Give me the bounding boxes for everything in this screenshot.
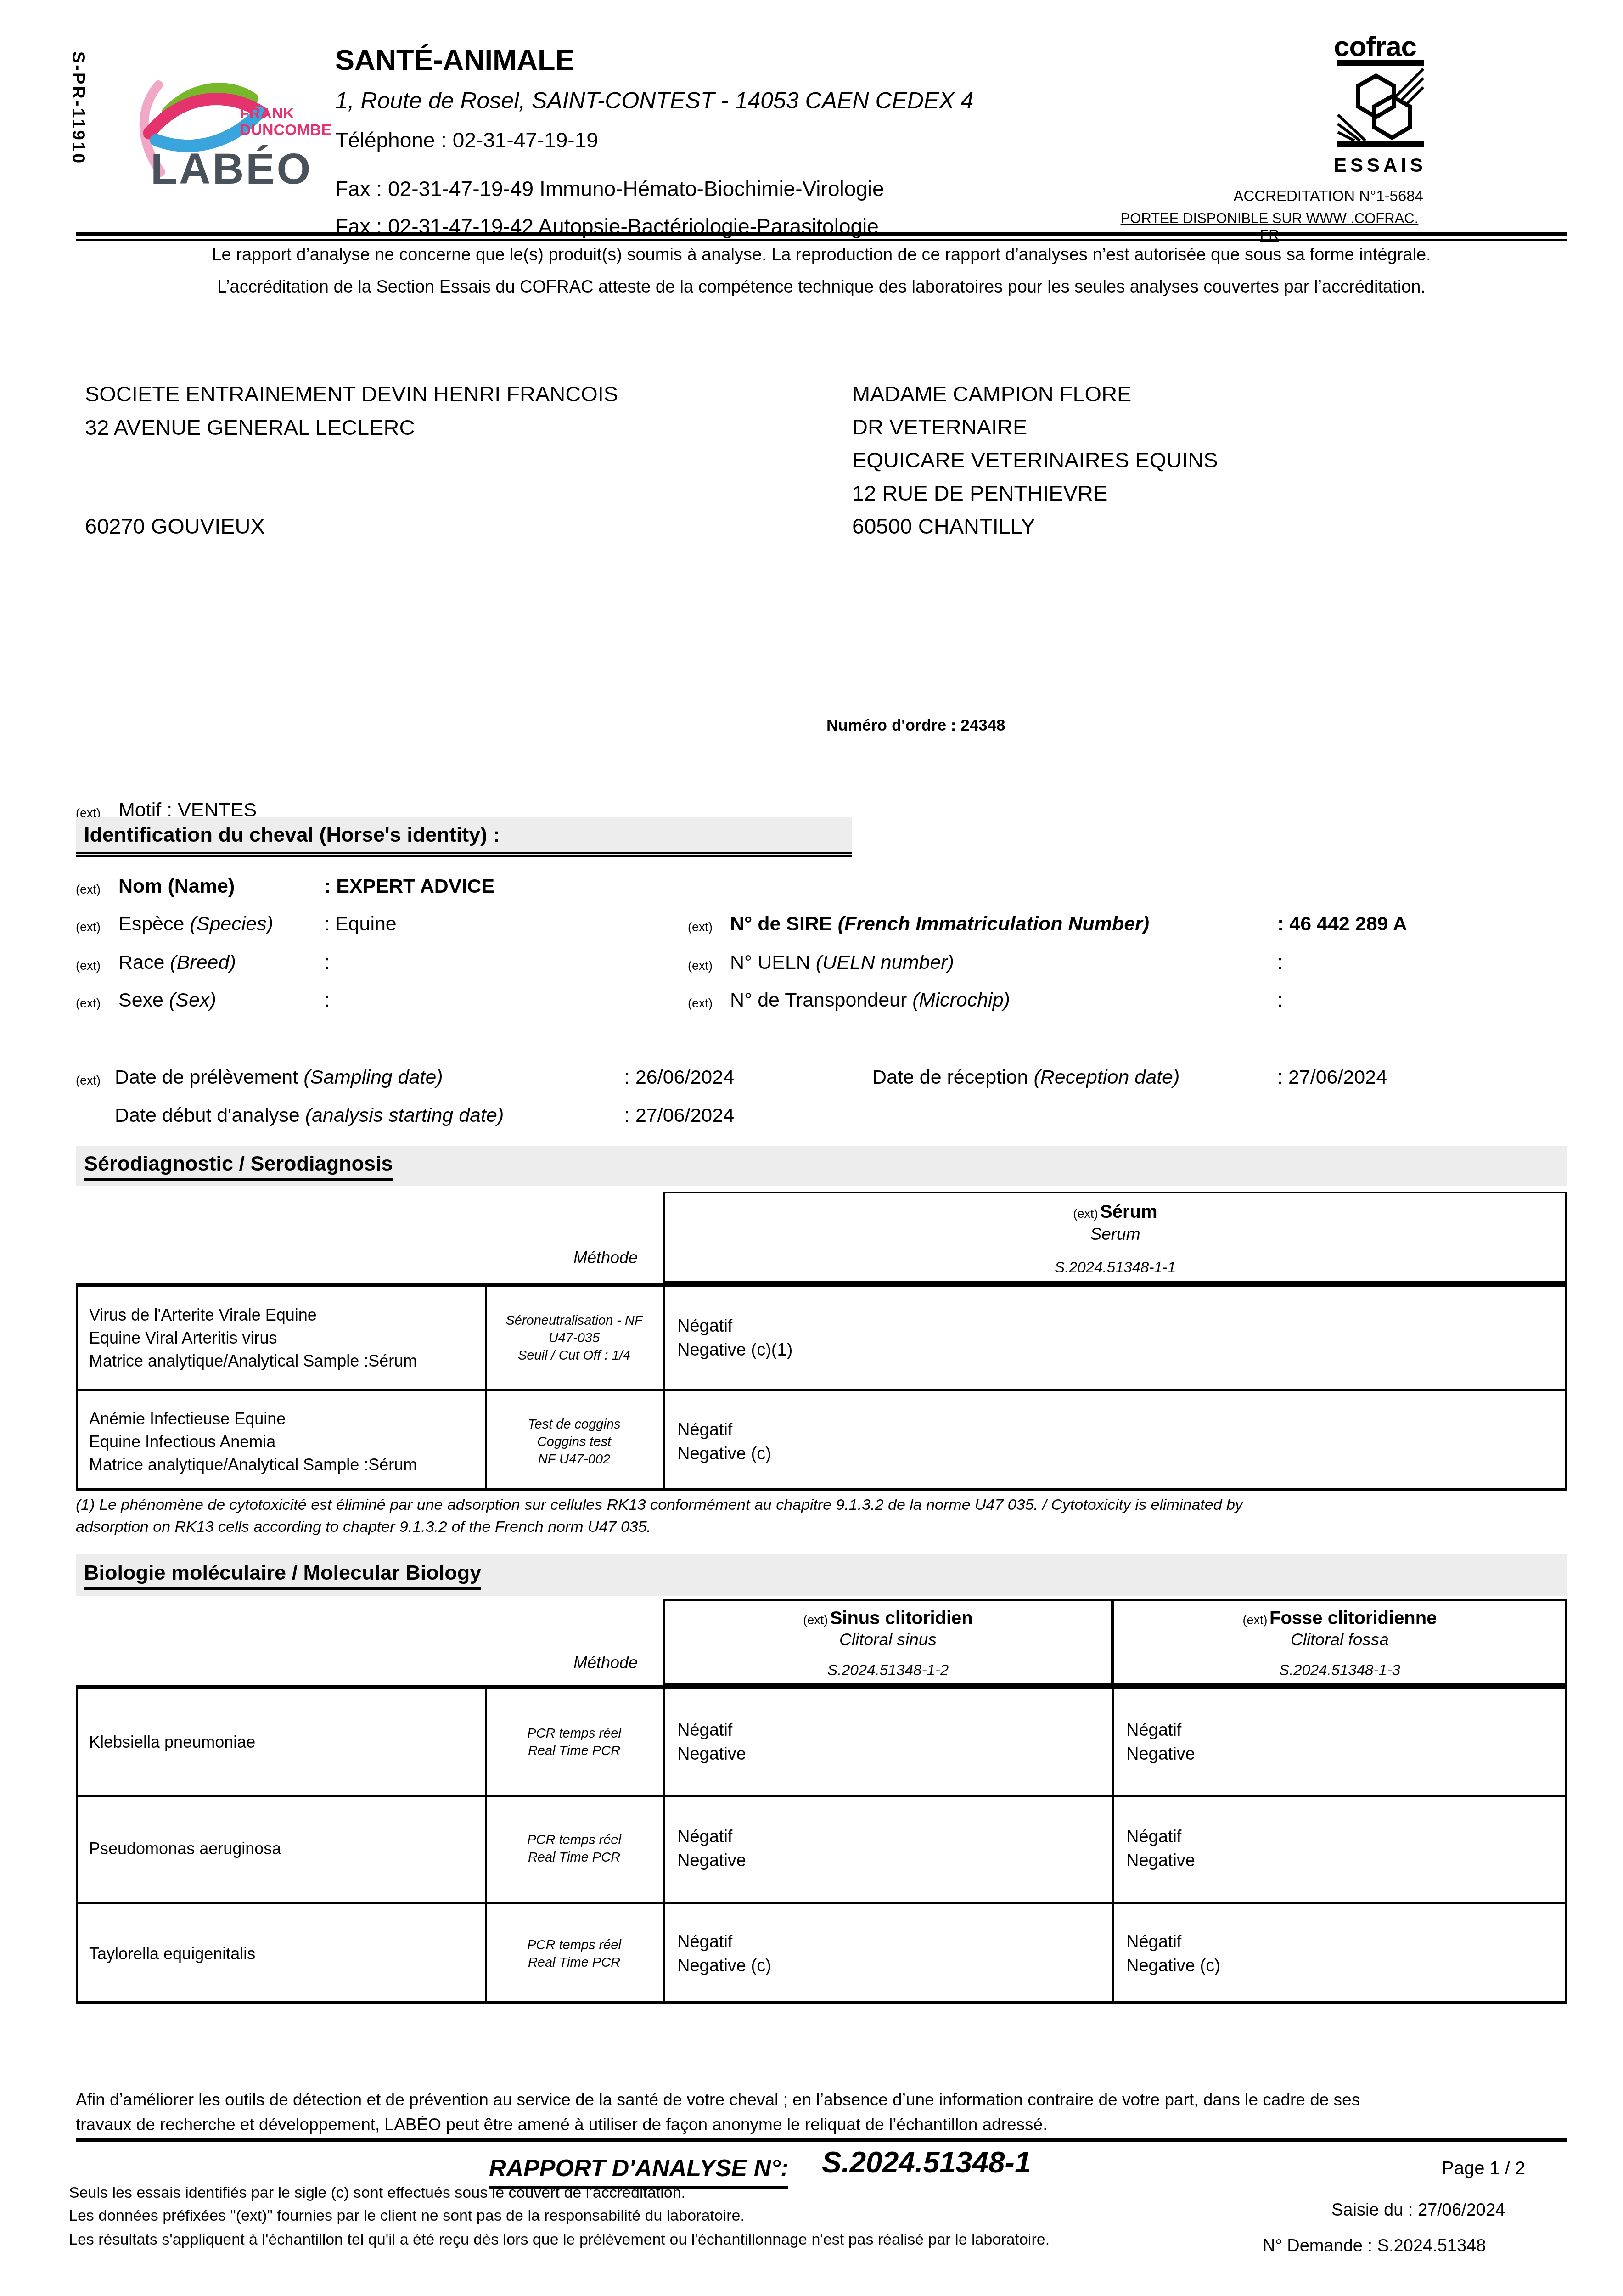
nom-value: : EXPERT ADVICE [324, 875, 494, 898]
recipient-name: MADAME CAMPION FLORE [852, 381, 1131, 406]
serology-row-divider [78, 1389, 1565, 1391]
cofrac-essais-label: ESSAIS [1334, 154, 1426, 176]
reception-label-en: (Reception date) [1033, 1066, 1179, 1088]
molecular-section-title: Biologie moléculaire / Molecular Biology [84, 1561, 481, 1590]
recipient-title: DR VETERNAIRE [852, 414, 1027, 439]
espece-label-en: (Species) [190, 913, 273, 935]
sender-street: 32 AVENUE GENERAL LECLERC [85, 415, 415, 440]
prelevement-label: Date de prélèvement (Sampling date) [115, 1066, 443, 1089]
rd-notice-line2: travaux de recherche et développement, L… [76, 2115, 1047, 2134]
molecular-sample1-header: (ext) Sinus clitoridien Clitoral sinus S… [663, 1599, 1112, 1685]
molecular-sample2-name: Fosse clitoridienne [1269, 1608, 1437, 1628]
ext-marker-sexe: (ext) [76, 996, 101, 1011]
cofrac-portee-link[interactable]: PORTEE DISPONIBLE SUR WWW .COFRAC. FR [1111, 210, 1428, 243]
molecular-row3-analyte: Taylorella equigenitalis [89, 1904, 475, 2003]
serology-footnote-line1: (1) Le phénomène de cytotoxicité est éli… [76, 1496, 1567, 1514]
ext-marker-serum: (ext) [1073, 1207, 1098, 1221]
sexe-label-en: (Sex) [169, 989, 216, 1011]
header-rule-thin [76, 239, 1567, 241]
molecular-row-divider-1 [78, 1795, 1565, 1797]
molecular-row1-result-sample2: Négatif Negative [1126, 1691, 1558, 1793]
espece-label: Espèce (Species) [118, 913, 273, 935]
ext-marker-sinus: (ext) [803, 1613, 828, 1627]
ext-marker-fosse: (ext) [1243, 1613, 1268, 1627]
ext-marker-nom: (ext) [76, 883, 101, 897]
accreditation-note-3: Les résultats s'appliquent à l'échantill… [69, 2231, 1050, 2249]
ueln-value: : [1277, 951, 1283, 974]
cofrac-bottom-bar [1337, 141, 1424, 147]
serology-sample-id: S.2024.51348-1-1 [665, 1259, 1565, 1276]
espece-value: : Equine [324, 913, 397, 935]
recipient-street: 12 RUE DE PENTHIEVRE [852, 480, 1107, 506]
nom-label: Nom (Name) [118, 875, 235, 898]
serology-row2-method: Test de coggins Coggins test NF U47-002 [487, 1392, 662, 1491]
report-number-value: S.2024.51348-1 [822, 2145, 1031, 2179]
molecular-sample2-name-en: Clitoral fossa [1114, 1630, 1565, 1649]
document-code-vertical: S-PR-11910 [68, 51, 88, 165]
chip-value: : [1277, 989, 1283, 1012]
molecular-row2-result-sample1: Négatif Negative [677, 1798, 1109, 1900]
serology-sample-header: (ext) Sérum Serum S.2024.51348-1-1 [663, 1192, 1567, 1283]
ueln-label: N° UELN (UELN number) [730, 951, 954, 974]
molecular-sample2-id: S.2024.51348-1-3 [1114, 1661, 1565, 1679]
ext-marker-race: (ext) [76, 959, 101, 973]
serology-section-title: Sérodiagnostic / Serodiagnosis [84, 1152, 393, 1181]
order-number: Numéro d'ordre : 24348 [826, 716, 1005, 735]
serology-sample-name-line: (ext) Sérum [665, 1202, 1565, 1222]
labeo-owner-line1: FRANK [240, 105, 294, 122]
accreditation-note-1: Seuls les essais identifiés par le sigle… [69, 2184, 685, 2202]
analyse-value: : 27/06/2024 [624, 1104, 734, 1127]
prelevement-label-en: (Sampling date) [303, 1066, 443, 1088]
sexe-label: Sexe (Sex) [118, 989, 216, 1012]
sire-label-en: (French Immatriculation Number) [838, 913, 1150, 935]
molecular-sample2-header: (ext) Fosse clitoridienne Clitoral fossa… [1112, 1599, 1567, 1685]
molecular-col-divider-3 [1112, 1689, 1114, 2001]
molecular-row2-result-sample2: Négatif Negative [1126, 1798, 1558, 1900]
sexe-value: : [324, 989, 330, 1012]
molecular-sample1-name-en: Clitoral sinus [665, 1630, 1111, 1649]
race-label-en: (Breed) [170, 951, 236, 974]
molecular-methode-label: Méthode [485, 1653, 650, 1672]
serology-row1-result: Négatif Negative (c)(1) [677, 1289, 1550, 1387]
molecular-row2-analyte: Pseudomonas aeruginosa [89, 1798, 475, 1900]
cofrac-logo [1337, 60, 1424, 156]
sender-city: 60270 GOUVIEUX [85, 513, 265, 539]
molecular-sample1-id: S.2024.51348-1-2 [665, 1661, 1111, 1679]
serology-row2-result: Négatif Negative (c) [677, 1392, 1550, 1491]
rd-notice-line1: Afin d’améliorer les outils de détection… [76, 2090, 1360, 2110]
serology-col-divider-2 [663, 1287, 665, 1488]
molecular-row1-analyte: Klebsiella pneumoniae [89, 1691, 475, 1793]
chip-label-en: (Microchip) [912, 989, 1010, 1011]
serology-methode-label: Méthode [485, 1248, 650, 1267]
molecular-sample1-name-line: (ext) Sinus clitoridien [665, 1608, 1111, 1629]
recipient-city: 60500 CHANTILLY [852, 513, 1035, 539]
cofrac-wordmark: cofrac [1334, 30, 1416, 63]
serology-row2-analyte: Anémie Infectieuse Equine Equine Infecti… [89, 1392, 475, 1491]
analyse-label: Date début d'analyse (analysis starting … [115, 1104, 504, 1127]
analysis-report-page: S-PR-11910 LABÉO FRANK DUNCOMBE SANTÉ-AN… [0, 0, 1623, 2296]
molecular-section-header: Biologie moléculaire / Molecular Biology [76, 1554, 1567, 1596]
ext-marker-sire: (ext) [688, 920, 713, 934]
lab-phone: Téléphone : 02-31-47-19-19 [335, 128, 598, 152]
ext-marker-espece: (ext) [76, 920, 101, 934]
footer-rule [76, 2138, 1567, 2142]
molecular-row1-result-sample1: Négatif Negative [677, 1691, 1109, 1793]
molecular-sample2-name-line: (ext) Fosse clitoridienne [1114, 1608, 1565, 1629]
molecular-row1-method: PCR temps réel Real Time PCR [487, 1691, 662, 1793]
lab-department-title: SANTÉ-ANIMALE [335, 44, 574, 77]
cofrac-logo-graphic [1337, 60, 1424, 154]
cofrac-top-bar [1337, 60, 1424, 66]
serology-table: Virus de l'Arterite Virale Equine Equine… [76, 1283, 1567, 1491]
ueln-label-en: (UELN number) [816, 951, 954, 974]
ext-marker-chip: (ext) [688, 996, 713, 1011]
molecular-row3-method: PCR temps réel Real Time PCR [487, 1904, 662, 2003]
reception-label: Date de réception (Reception date) [872, 1066, 1179, 1089]
lab-address: 1, Route de Rosel, SAINT-CONTEST - 14053… [335, 87, 973, 114]
race-value: : [324, 951, 330, 974]
labeo-brand-text: LABÉO [151, 145, 313, 193]
molecular-row2-method: PCR temps réel Real Time PCR [487, 1798, 662, 1900]
serology-footnote-line2: adsorption on RK13 cells according to ch… [76, 1518, 1567, 1536]
serology-sample-name-en: Serum [665, 1225, 1565, 1244]
accreditation-note-2: Les données préfixées "(ext)" fournies p… [69, 2207, 745, 2225]
lab-fax-1: Fax : 02-31-47-19-49 Immuno-Hémato-Bioch… [335, 176, 884, 201]
cofrac-accreditation-number: ACCREDITATION N°1-5684 [1194, 187, 1423, 205]
notice-line-2: L’accréditation de la Section Essais du … [76, 277, 1567, 297]
saisie-date: Saisie du : 27/06/2024 [1331, 2200, 1505, 2220]
header-rule-thick [76, 232, 1567, 236]
serology-row1-analyte: Virus de l'Arterite Virale Equine Equine… [89, 1289, 475, 1387]
page-indicator: Page 1 / 2 [1442, 2158, 1525, 2179]
identity-section-title: Identification du cheval (Horse's identi… [84, 823, 500, 847]
notice-line-1: Le rapport d’analyse ne concerne que le(… [76, 245, 1567, 265]
molecular-row-divider-2 [78, 1902, 1565, 1904]
chip-label: N° de Transpondeur (Microchip) [730, 989, 1010, 1012]
sire-value: : 46 442 289 A [1277, 913, 1407, 935]
recipient-clinic: EQUICARE VETERINAIRES EQUINS [852, 447, 1218, 473]
ext-marker-ueln: (ext) [688, 959, 713, 973]
race-label: Race (Breed) [118, 951, 236, 974]
analyse-label-en: (analysis starting date) [305, 1104, 504, 1126]
molecular-col-divider-2 [663, 1689, 665, 2001]
sire-label: N° de SIRE (French Immatriculation Numbe… [730, 913, 1149, 935]
molecular-table: Klebsiella pneumoniae PCR temps réel Rea… [76, 1685, 1567, 2004]
serology-row1-method: Séroneutralisation - NF U47-035 Seuil / … [487, 1289, 662, 1387]
molecular-row3-result-sample1: Négatif Negative (c) [677, 1904, 1109, 2003]
sender-name: SOCIETE ENTRAINEMENT DEVIN HENRI FRANCOI… [85, 381, 618, 406]
molecular-sample1-name: Sinus clitoridien [830, 1608, 973, 1628]
demande-number: N° Demande : S.2024.51348 [1263, 2236, 1486, 2256]
ext-marker-prelevement: (ext) [76, 1074, 101, 1088]
labeo-owner-line2: DUNCOMBE [240, 121, 331, 139]
prelevement-value: : 26/06/2024 [624, 1066, 734, 1089]
serology-section-header: Sérodiagnostic / Serodiagnosis [76, 1146, 1567, 1186]
molecular-row3-result-sample2: Négatif Negative (c) [1126, 1904, 1558, 2003]
identity-section-header: Identification du cheval (Horse's identi… [76, 817, 852, 857]
reception-value: : 27/06/2024 [1277, 1066, 1387, 1089]
serology-sample-name: Sérum [1100, 1202, 1157, 1222]
